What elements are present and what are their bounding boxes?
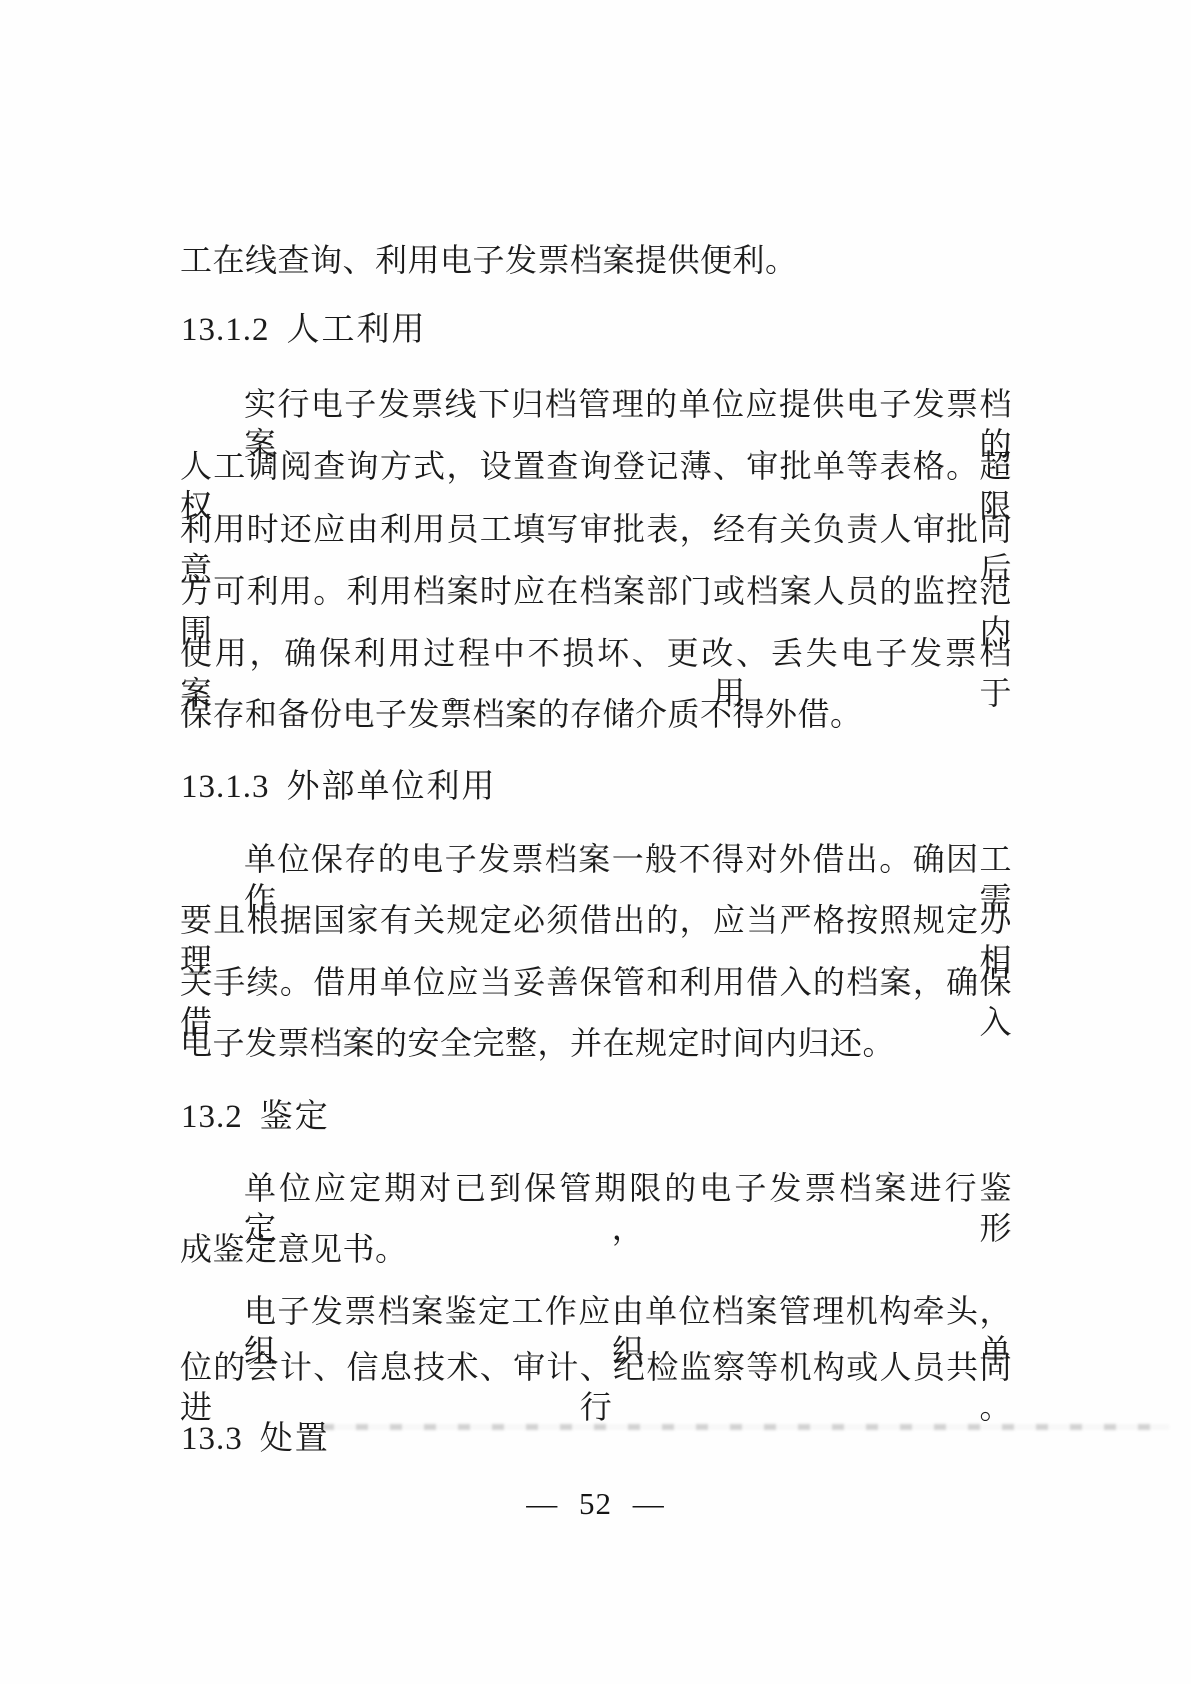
paragraph-line: 成鉴定意见书。 — [180, 1229, 1012, 1269]
section-heading-13-2: 13.2鉴定 — [181, 1096, 330, 1138]
paragraph-line: 位的会计、信息技术、审计、纪检监察等机构或人员共同进行。 — [180, 1347, 1012, 1387]
heading-number: 13.1.3 — [181, 769, 270, 805]
paragraph-continuation-line: 工在线查询、利用电子发票档案提供便利。 — [180, 240, 1012, 280]
heading-title: 鉴定 — [260, 1099, 330, 1135]
heading-title: 外部单位利用 — [287, 769, 497, 805]
heading-title: 处置 — [260, 1421, 330, 1457]
heading-title: 人工利用 — [287, 312, 427, 348]
document-page: 工在线查询、利用电子发票档案提供便利。 13.1.2人工利用 实行电子发票线下归… — [0, 0, 1191, 1684]
paragraph-line: 实行电子发票线下归档管理的单位应提供电子发票档案的 — [180, 384, 1012, 424]
paragraph-line: 要且根据国家有关规定必须借出的，应当严格按照规定办理相 — [180, 900, 1012, 940]
section-heading-13-1-2: 13.1.2人工利用 — [181, 309, 427, 351]
heading-number: 13.2 — [181, 1099, 243, 1135]
scan-smudge-artifact — [322, 1424, 1170, 1430]
paragraph-line: 单位应定期对已到保管期限的电子发票档案进行鉴定，形 — [180, 1168, 1012, 1208]
heading-number: 13.3 — [181, 1421, 243, 1457]
section-heading-13-3: 13.3处置 — [181, 1418, 330, 1460]
paragraph-line: 利用时还应由利用员工填写审批表，经有关负责人审批同意后 — [180, 509, 1012, 549]
paragraph-line: 关手续。借用单位应当妥善保管和利用借入的档案，确保借入 — [180, 962, 1012, 1002]
paragraph-line: 人工调阅查询方式，设置查询登记薄、审批单等表格。超权限 — [180, 446, 1012, 486]
paragraph-line: 单位保存的电子发票档案一般不得对外借出。确因工作需 — [180, 839, 1012, 879]
paragraph-line: 使用，确保利用过程中不损坏、更改、丢失电子发票档案。用于 — [180, 633, 1012, 673]
paragraph-line: 方可利用。利用档案时应在档案部门或档案人员的监控范围内 — [180, 571, 1012, 611]
paragraph-line: 电子发票档案鉴定工作应由单位档案管理机构牵头，组织单 — [180, 1291, 1012, 1331]
section-heading-13-1-3: 13.1.3外部单位利用 — [181, 766, 497, 808]
paragraph-line: 保存和备份电子发票档案的存储介质不得外借。 — [180, 694, 1012, 734]
page-number-footer: — 52 — — [0, 1486, 1191, 1522]
heading-number: 13.1.2 — [181, 312, 270, 348]
paragraph-line: 电子发票档案的安全完整，并在规定时间内归还。 — [180, 1023, 1012, 1063]
